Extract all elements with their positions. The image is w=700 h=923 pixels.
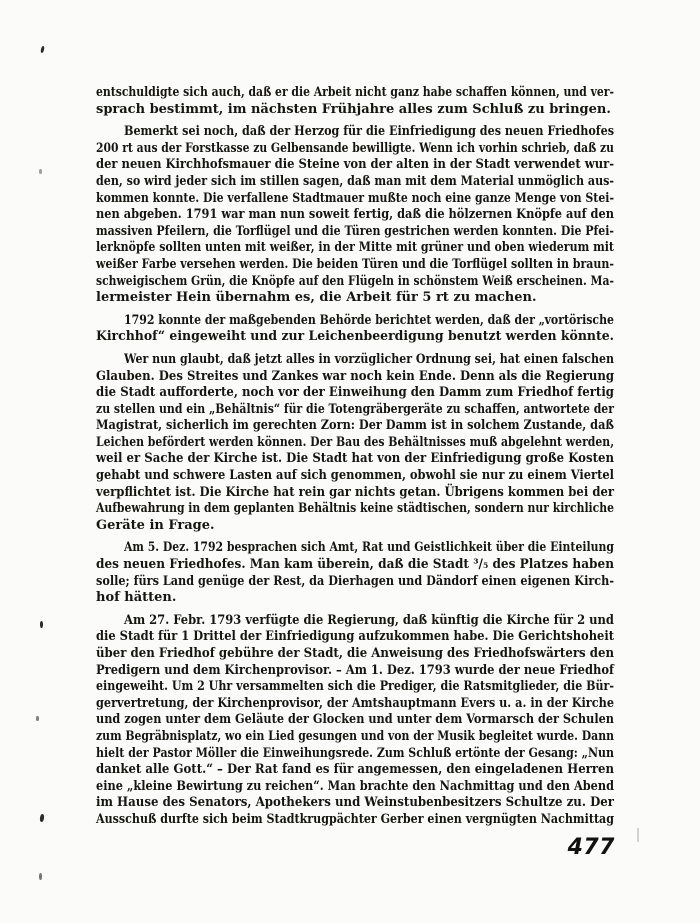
paragraph: 1792 konnte der maßgebenden Behörde beri…	[96, 313, 614, 346]
text-line: 200 rt aus der Forstkasse zu Gelbensande…	[96, 141, 614, 158]
paragraph: Wer nun glaubt, daß jetzt alles in vorzü…	[96, 352, 614, 535]
text-line: über den Friedhof gebühre der Stadt, die…	[96, 646, 614, 663]
text-line: der neuen Kirchhofsmauer die Steine von …	[96, 157, 614, 174]
text-line: lermeister Hein übernahm es, die Arbeit …	[96, 290, 614, 307]
text-line: danket alle Gott.“ – Der Rat fand es für…	[96, 762, 614, 779]
text-line: die Stadt aufforderte, noch vor der Einw…	[96, 385, 614, 402]
text-line: massiven Pfeilern, die Torflügel und die…	[96, 224, 614, 241]
body-text: entschuldigte sich auch, daß er die Arbe…	[96, 85, 614, 829]
text-line: zum Begräbnisplatz, wo ein Lied gesungen…	[96, 729, 614, 746]
ink-speck	[39, 814, 44, 822]
book-page: entschuldigte sich auch, daß er die Arbe…	[0, 0, 700, 923]
paragraph: Bemerkt sei noch, daß der Herzog für die…	[96, 124, 614, 307]
text-line: Ausschuß durfte sich beim Stadtkrugpächt…	[96, 812, 614, 829]
text-line: hielt der Pastor Möller die Einweihungsr…	[96, 746, 614, 763]
text-line: Aufbewahrung in dem geplanten Behältnis …	[96, 501, 614, 518]
text-line: nen abgeben. 1791 war man nun soweit fer…	[96, 207, 614, 224]
text-line: verpflichtet ist. Die Kirche hat rein ga…	[96, 485, 614, 502]
text-line: zu stellen und ein „Behältnis“ für die T…	[96, 402, 614, 419]
text-line: entschuldigte sich auch, daß er die Arbe…	[96, 85, 614, 102]
text-line: Wer nun glaubt, daß jetzt alles in vorzü…	[96, 352, 614, 369]
text-line: im Hause des Senators, Apothekers und We…	[96, 795, 614, 812]
text-line: den, so wird jeder sich im stillen sagen…	[96, 174, 614, 191]
page-number: 477	[568, 835, 615, 860]
text-line: Leichen befördert werden können. Der Bau…	[96, 435, 614, 452]
text-line: die Stadt für 1 Drittel der Einfriedigun…	[96, 629, 614, 646]
ink-speck	[39, 169, 42, 174]
text-line: und zogen unter dem Geläute der Glocken …	[96, 712, 614, 729]
text-line: eingeweiht. Um 2 Uhr versammelten sich d…	[96, 679, 614, 696]
text-line: weil er Sache der Kirche ist. Die Stadt …	[96, 451, 614, 468]
paragraph: entschuldigte sich auch, daß er die Arbe…	[96, 85, 614, 118]
text-line: weißer Farbe versehen werden. Die beiden…	[96, 257, 614, 274]
text-line: kommen konnte. Die verfallene Stadtmauer…	[96, 191, 614, 208]
ink-speck	[40, 46, 45, 54]
text-line: schweigischem Grün, die Knöpfe auf den F…	[96, 274, 614, 291]
text-line: 1792 konnte der maßgebenden Behörde beri…	[96, 313, 614, 330]
text-line: Am 27. Febr. 1793 verfügte die Regierung…	[96, 613, 614, 630]
text-line: Kirchhof“ eingeweiht und zur Leichenbeer…	[96, 329, 614, 346]
text-line: hof hätten.	[96, 590, 614, 607]
paragraph: Am 27. Febr. 1793 verfügte die Regierung…	[96, 613, 614, 829]
scan-edge-artifact	[637, 828, 639, 842]
text-line: des neuen Friedhofes. Man kam überein, d…	[96, 557, 614, 574]
ink-speck	[36, 716, 39, 721]
text-line: Bemerkt sei noch, daß der Herzog für die…	[96, 124, 614, 141]
text-line: solle; fürs Land genüge der Rest, da Die…	[96, 574, 614, 591]
text-line: Am 5. Dez. 1792 besprachen sich Amt, Rat…	[96, 540, 614, 557]
text-line: Geräte in Frage.	[96, 518, 614, 535]
text-line: eine „kleine Bewirtung zu reichen“. Man …	[96, 779, 614, 796]
paragraph: Am 5. Dez. 1792 besprachen sich Amt, Rat…	[96, 540, 614, 606]
text-line: Magistrat, sicherlich im gerechten Zorn:…	[96, 418, 614, 435]
text-line: Predigern und dem Kirchenprovisor. – Am …	[96, 663, 614, 680]
text-line: Glauben. Des Streites und Zankes war noc…	[96, 369, 614, 386]
text-line: gervertretung, der Kirchenprovisor, der …	[96, 696, 614, 713]
ink-speck	[40, 621, 43, 628]
text-line: gehabt und schwere Lasten auf sich genom…	[96, 468, 614, 485]
ink-speck	[39, 873, 42, 880]
text-line: sprach bestimmt, im nächsten Frühjahre a…	[96, 102, 614, 119]
text-line: lerknöpfe sollten unten mit weißer, in d…	[96, 240, 614, 257]
